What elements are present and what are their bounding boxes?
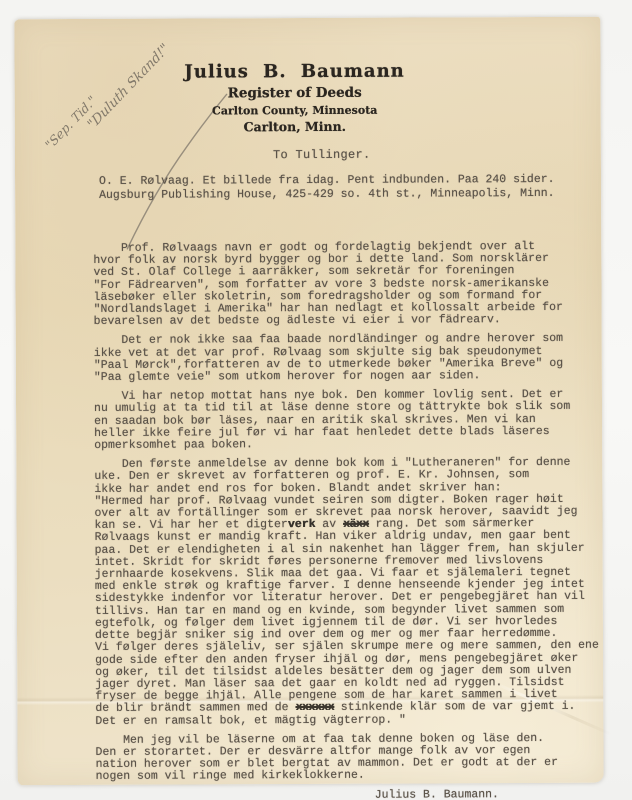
text-segment: Det er nok ikke saa faa baade nordländin…: [94, 332, 563, 384]
book-info: O. E. Rølvaag. Et billede fra idag. Pent…: [99, 173, 555, 202]
text-segment: Men jeg vil be läserne om at faa tak den…: [95, 732, 558, 784]
paragraph: Prof. Rølvaags navn er godt og fordelagt…: [93, 241, 620, 329]
letterhead: Julius B. Baumann Register of Deeds Carl…: [155, 61, 435, 134]
paragraph: Vi har netop mottat hans nye bok. Den ko…: [94, 389, 621, 452]
signature: Julius B. Baumann.: [96, 788, 623, 800]
text-segment: Prof. Rølvaags navn er godt og fordelagt…: [93, 240, 563, 328]
text-segment-struck: xxxxxx: [295, 701, 333, 714]
text-segment: rang. Det som särmerker Rølvaags kunst e…: [95, 517, 599, 715]
paper: "Duluth Skand!" "Sep. Tid." Julius B. Ba…: [14, 17, 603, 786]
scanned-letter-page: "Duluth Skand!" "Sep. Tid." Julius B. Ba…: [0, 0, 632, 800]
letterhead-city: Carlton, Minn.: [155, 119, 435, 134]
salutation: To Tullinger.: [273, 148, 371, 162]
letter-body: Prof. Rølvaags navn er godt og fordelagt…: [93, 241, 622, 800]
letterhead-title: Register of Deeds: [155, 85, 435, 101]
text-segment: Vi har netop mottat hans nye bok. Den ko…: [94, 388, 570, 452]
letterhead-name: Julius B. Baumann: [155, 61, 435, 82]
paragraph: Den første anmeldelse av denne bok kom i…: [94, 457, 622, 728]
paragraph: Det er nok ikke saa faa baade nordländin…: [94, 333, 621, 384]
letterhead-county: Carlton County, Minnesota: [155, 103, 435, 117]
paragraph: Men jeg vil be läserne om at faa tak den…: [95, 732, 622, 783]
